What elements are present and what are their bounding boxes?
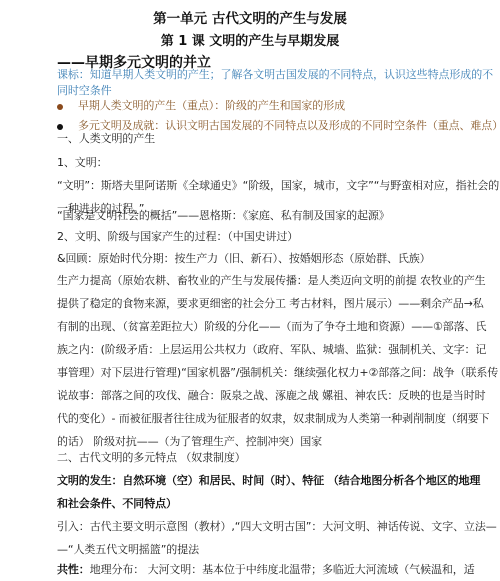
body-line: 2、文明、阶级与国家产生的过程：（中国史讲过） <box>57 229 298 245</box>
commonality-label: 共性： <box>57 563 90 576</box>
body-line: 族之内：(阶级矛盾：上层运用公共权力（政府、军队、城墙、监狱：强制机关、文字：记 <box>57 342 486 358</box>
commonality-line: 共性：地理分布： 大河文明：基本位于中纬度北温带；多临近大河流域（气候温和，适 <box>57 562 475 578</box>
intro-line: —“人类五代文明摇篮”的提法 <box>57 542 199 558</box>
intro-line: 引入：古代主要文明示意图（教材）,“四大文明古国”：大河文明、神话传说、文字、立… <box>57 519 497 535</box>
body-line: 事管理）对下层进行管理)“国家机器”/强制机关：继续强化权力+②部落之间：战争（… <box>57 365 498 381</box>
body-line: 提供了稳定的食物来源，要求更细密的社会分工 考古材料，图片展示）——剩余产品→私 <box>57 296 484 312</box>
body-line: 说故事：部落之间的攻伐、融合：阪泉之战、涿鹿之战 嫘祖、神农氏：反映的也是当时时 <box>57 388 486 404</box>
curriculum-line-1: 课标：知道早期人类文明的产生；了解各文明古国发展的不同特点，认识这些特点形成的不 <box>57 67 493 83</box>
lesson-title: 第 1 课 文明的产生与早期发展 <box>0 33 500 51</box>
commonality-text: 地理分布： 大河文明：基本位于中纬度北温带；多临近大河流域（气候温和，适 <box>90 563 475 576</box>
bold-line: 文明的发生：自然环境（空）和居民、时间（时）、特征 （结合地图分析各个地区的地理 <box>57 473 480 489</box>
bold-line: 和社会条件、不同特点） <box>57 496 177 512</box>
section-heading-2: 二、古代文明的多元特点 （奴隶制度） <box>57 450 246 466</box>
body-line: 代的变化）- 而被征服者往往成为征服者的奴隶，奴隶制成为人类第一种剥削制度（纲要… <box>57 411 489 427</box>
body-line: 生产力提高（原始农耕、畜牧业的产生与发展传播：是人类迈向文明的前提 农牧业的产生 <box>57 273 486 289</box>
body-line: 的话） 阶级对抗——（为了管理生产、控制冲突）国家 <box>57 434 322 450</box>
section-heading-1: 一、人类文明的产生 <box>57 131 155 147</box>
body-line: “文明”：斯塔夫里阿诺斯《全球通史》“阶级，国家，城市，文字”“与野蛮相对应，指… <box>57 178 499 194</box>
document-page: 第一单元 古代文明的产生与发展 第 1 课 文明的产生与早期发展 ——早期多元文… <box>0 0 500 581</box>
bullet-icon <box>57 124 63 130</box>
body-line: 有制的出现、（贫富差距拉大）阶级的分化——（而为了争夺土地和资源）——①部落、氏 <box>57 319 486 335</box>
body-line: &回顾：原始时代分期：按生产力（旧、新石）、按婚姻形态（原始群、氏族） <box>57 251 431 267</box>
unit-title: 第一单元 古代文明的产生与发展 <box>0 10 500 28</box>
body-line: “国家是文明社会的概括”——恩格斯：《家庭、私有制及国家的起源》 <box>57 208 390 224</box>
bullet-icon <box>57 104 63 110</box>
curriculum-line-2: 同时空条件 <box>57 83 112 99</box>
body-line: 1、文明： <box>57 155 108 171</box>
key-point-1: 早期人类文明的产生（重点）：阶级的产生和国家的形成 <box>78 98 345 114</box>
